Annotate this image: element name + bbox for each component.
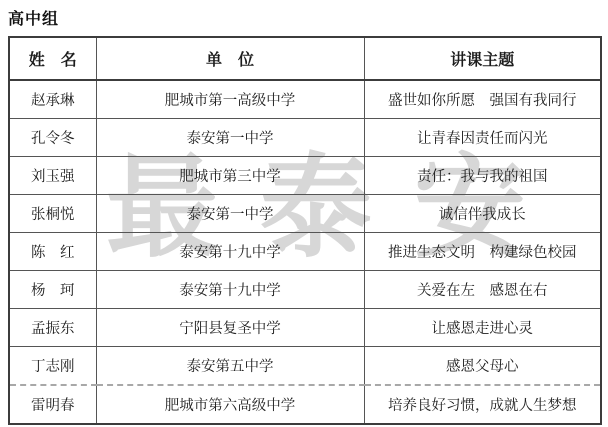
table-row: 刘玉强肥城市第三中学责任：我与我的祖国 (9, 157, 601, 195)
unit-cell: 泰安第一中学 (96, 195, 364, 233)
unit-cell: 肥城市第六高级中学 (96, 385, 364, 424)
topic-cell: 责任：我与我的祖国 (364, 157, 601, 195)
topic-cell: 培养良好习惯，成就人生梦想 (364, 385, 601, 424)
unit-cell: 肥城市第一高级中学 (96, 80, 364, 119)
topic-cell: 诚信伴我成长 (364, 195, 601, 233)
table-row: 陈 红泰安第十九中学推进生态文明 构建绿色校园 (9, 233, 601, 271)
name-cell: 孟振东 (9, 309, 96, 347)
table-header-row: 姓 名 单 位 讲课主题 (9, 37, 601, 80)
name-cell: 刘玉强 (9, 157, 96, 195)
name-cell: 雷明春 (9, 385, 96, 424)
name-cell: 丁志刚 (9, 347, 96, 386)
name-cell: 孔令冬 (9, 119, 96, 157)
table-row: 孔令冬泰安第一中学让青春因责任而闪光 (9, 119, 601, 157)
table-row: 丁志刚泰安第五中学感恩父母心 (9, 347, 601, 386)
unit-cell: 泰安第十九中学 (96, 233, 364, 271)
document-page: 最泰安 高中组 姓 名 单 位 讲课主题 赵承琳肥城市第一高级中学盛世如你所愿 … (0, 0, 608, 427)
column-header-name: 姓 名 (9, 37, 96, 80)
topic-cell: 推进生态文明 构建绿色校园 (364, 233, 601, 271)
unit-cell: 肥城市第三中学 (96, 157, 364, 195)
column-header-topic: 讲课主题 (364, 37, 601, 80)
topic-cell: 感恩父母心 (364, 347, 601, 386)
table-row: 张桐悦泰安第一中学诚信伴我成长 (9, 195, 601, 233)
name-cell: 杨 珂 (9, 271, 96, 309)
table-row: 孟振东宁阳县复圣中学让感恩走进心灵 (9, 309, 601, 347)
name-cell: 赵承琳 (9, 80, 96, 119)
table-row: 雷明春肥城市第六高级中学培养良好习惯，成就人生梦想 (9, 385, 601, 424)
name-cell: 张桐悦 (9, 195, 96, 233)
unit-cell: 泰安第一中学 (96, 119, 364, 157)
group-title: 高中组 (8, 6, 59, 29)
lecture-topics-table: 姓 名 单 位 讲课主题 赵承琳肥城市第一高级中学盛世如你所愿 强国有我同行孔令… (8, 36, 602, 425)
unit-cell: 泰安第十九中学 (96, 271, 364, 309)
topic-cell: 让青春因责任而闪光 (364, 119, 601, 157)
table-row: 杨 珂泰安第十九中学关爱在左 感恩在右 (9, 271, 601, 309)
table-row: 赵承琳肥城市第一高级中学盛世如你所愿 强国有我同行 (9, 80, 601, 119)
unit-cell: 宁阳县复圣中学 (96, 309, 364, 347)
name-cell: 陈 红 (9, 233, 96, 271)
table-body: 赵承琳肥城市第一高级中学盛世如你所愿 强国有我同行孔令冬泰安第一中学让青春因责任… (9, 80, 601, 424)
unit-cell: 泰安第五中学 (96, 347, 364, 386)
column-header-unit: 单 位 (96, 37, 364, 80)
topic-cell: 关爱在左 感恩在右 (364, 271, 601, 309)
topic-cell: 盛世如你所愿 强国有我同行 (364, 80, 601, 119)
topic-cell: 让感恩走进心灵 (364, 309, 601, 347)
